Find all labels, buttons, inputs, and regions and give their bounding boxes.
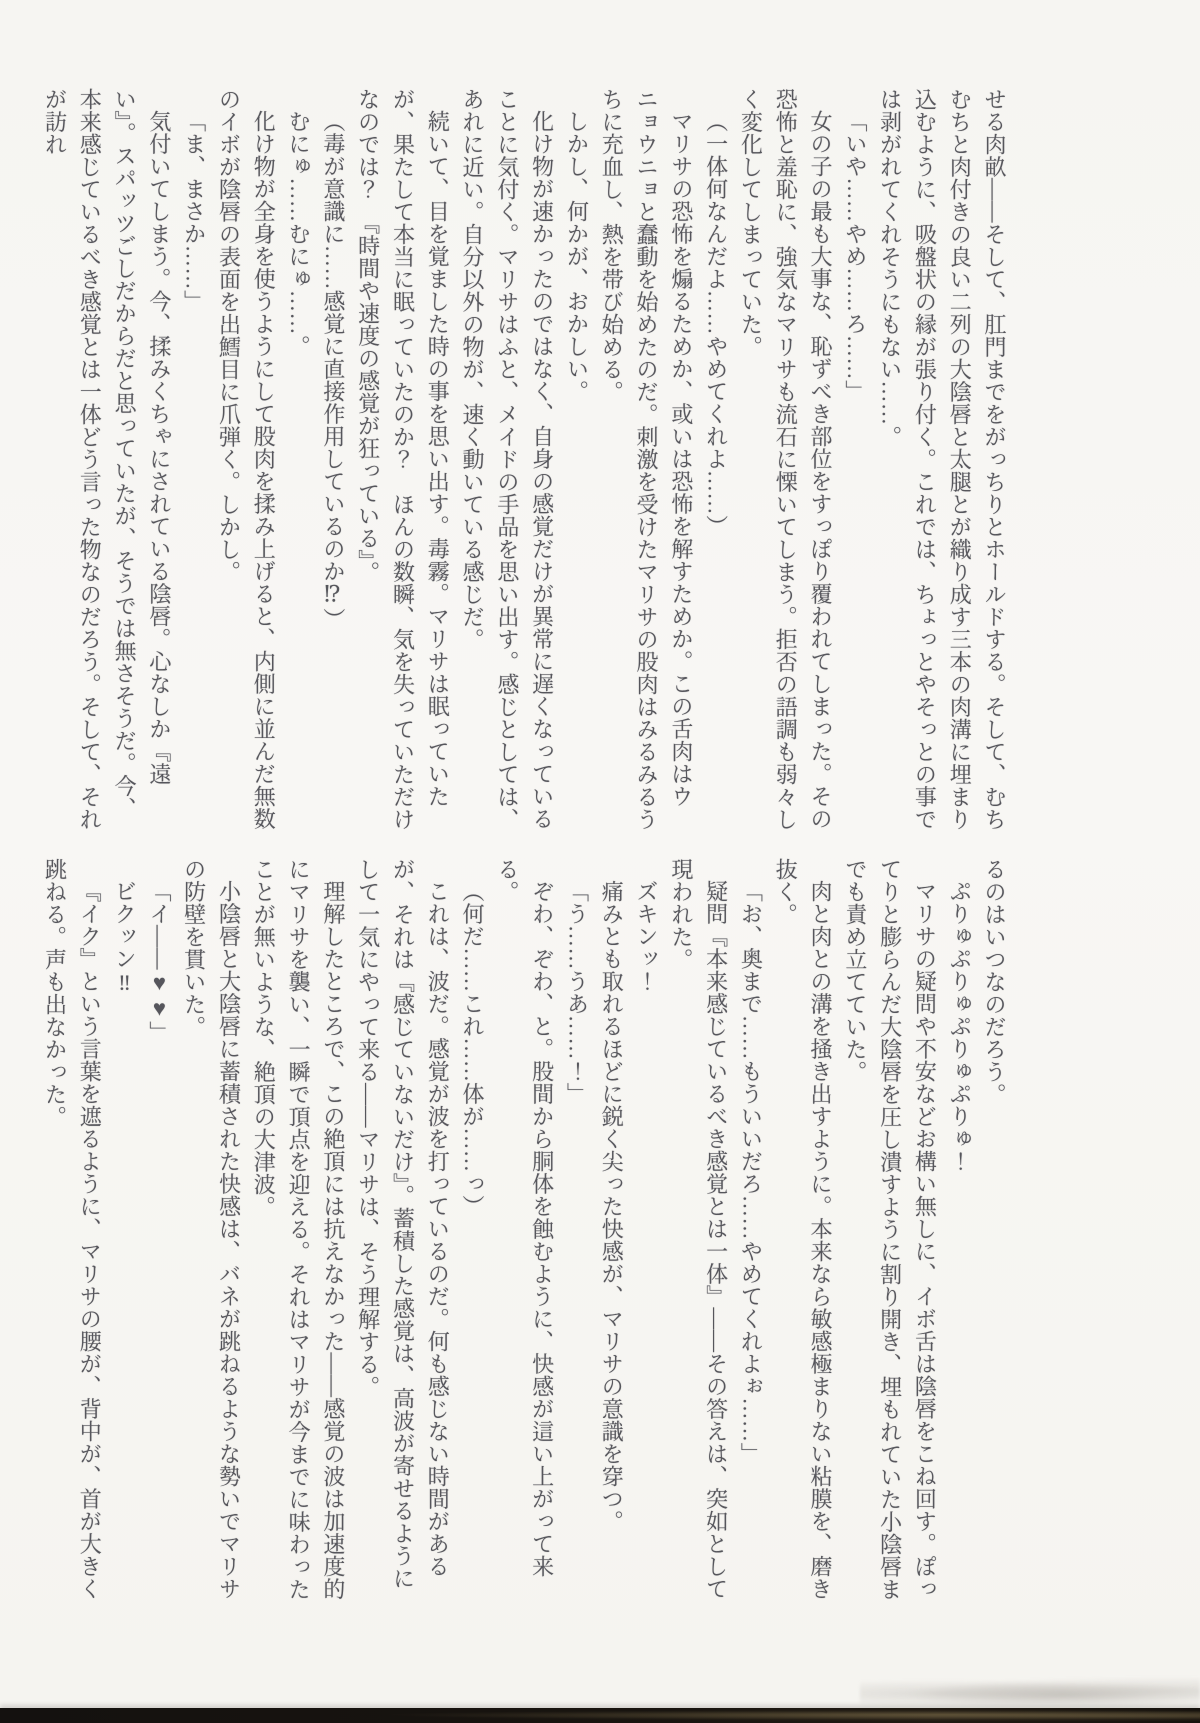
paragraph: 女の子の最も大事な、恥ずべき部位をすっぽり覆われてしまった。その恐怖と羞恥に、強…: [733, 88, 837, 836]
paragraph: ビクッン‼: [106, 858, 141, 1606]
paragraph: るのはいつなのだろう。: [976, 858, 1011, 1606]
paragraph: ズキンッ！: [628, 858, 663, 1606]
paragraph: 「いや……やめ……ろ……」: [837, 88, 872, 836]
text-block-top: せる肉畝――そして、肛門までをがっちりとホールドする。そして、むちむちと肉付きの…: [70, 88, 1011, 836]
paragraph: 疑問『本来感じているべき感覚とは一体』――その答えは、突如として現われた。: [663, 858, 733, 1606]
scanned-page: { "page": { "description": "Scanned page…: [0, 0, 1200, 1723]
paragraph: 化け物が全身を使うようにして股肉を揉み上げると、内側に並んだ無数のイボが陰唇の表…: [211, 88, 281, 836]
paragraph: 化け物が速かったのではなく、自身の感覚だけが異常に遅くなっていることに気付く。マ…: [454, 88, 558, 836]
paragraph: ぞわ、ぞわ、と。股間から胴体を蝕むように、快感が這い上がって来る。: [489, 858, 559, 1606]
paragraph: 『イク』という言葉を遮るように、マリサの腰が、背中が、首が大きく跳ねる。声も出な…: [37, 858, 107, 1606]
paragraph: 「う……うあ……！」: [559, 858, 594, 1606]
paragraph: せる肉畝――そして、肛門までをがっちりとホールドする。そして、むちむちと肉付きの…: [872, 88, 1011, 836]
paragraph: しかし、何かが、おかしい。: [559, 88, 594, 836]
paragraph: （何だ……これ……体が……っ）: [454, 858, 489, 1606]
paragraph: 気付いてしまう。今、揉みくちゃにされている陰唇。心なしか『遠い』。スパッツごしだ…: [37, 88, 176, 836]
paragraph: 「イ――♥♥」: [141, 858, 176, 1606]
paragraph: 続いて、目を覚ました時の事を思い出す。毒霧。マリサは眠っていたが、果たして本当に…: [350, 88, 454, 836]
paragraph: （毒が意識に……感覚に直接作用しているのか⁉）: [315, 88, 350, 836]
paragraph: （一体何なんだよ……やめてくれよ……）: [698, 88, 733, 836]
paragraph: 小陰唇と大陰唇に蓄積された快感は、バネが跳ねるような勢いでマリサの防壁を貫いた。: [176, 858, 246, 1606]
paragraph: 肉と肉との溝を掻き出すように。本来なら敏感極まりない粘膜を、磨き抜く。: [767, 858, 837, 1606]
paragraph: むにゅ……むにゅ……。: [280, 88, 315, 836]
text-block-bottom: るのはいつなのだろう。 ぷりゅぷりゅぷりゅぷりゅ！ マリサの疑問や不安などお構い…: [70, 858, 1011, 1606]
paragraph: これは、波だ。感覚が波を打っているのだ。何も感じない時間があるが、それは『感じて…: [350, 858, 454, 1606]
paragraph: ぷりゅぷりゅぷりゅぷりゅ！: [941, 858, 976, 1606]
paragraph: 痛みとも取れるほどに鋭く尖った快感が、マリサの意識を穿つ。: [593, 858, 628, 1606]
paragraph: マリサの恐怖を煽るためか、或いは恐怖を解すためか。この舌肉はウニョウニョと蠢動を…: [593, 88, 697, 836]
bleedthrough-smudge: [860, 1677, 1200, 1707]
paragraph: マリサの疑問や不安などお構い無しに、イボ舌は陰唇をこね回す。ぽってりと膨らんだ大…: [837, 858, 941, 1606]
paragraph: 理解したところで、この絶頂には抗えなかった――感覚の波は加速度的にマリサを襲い、…: [245, 858, 349, 1606]
paragraph: 「お、奥まで……もういいだろ……やめてくれよぉ……」: [733, 858, 768, 1606]
page-bottom-edge: [0, 1708, 1200, 1723]
paragraph: 「ま、まさか……」: [176, 88, 211, 836]
